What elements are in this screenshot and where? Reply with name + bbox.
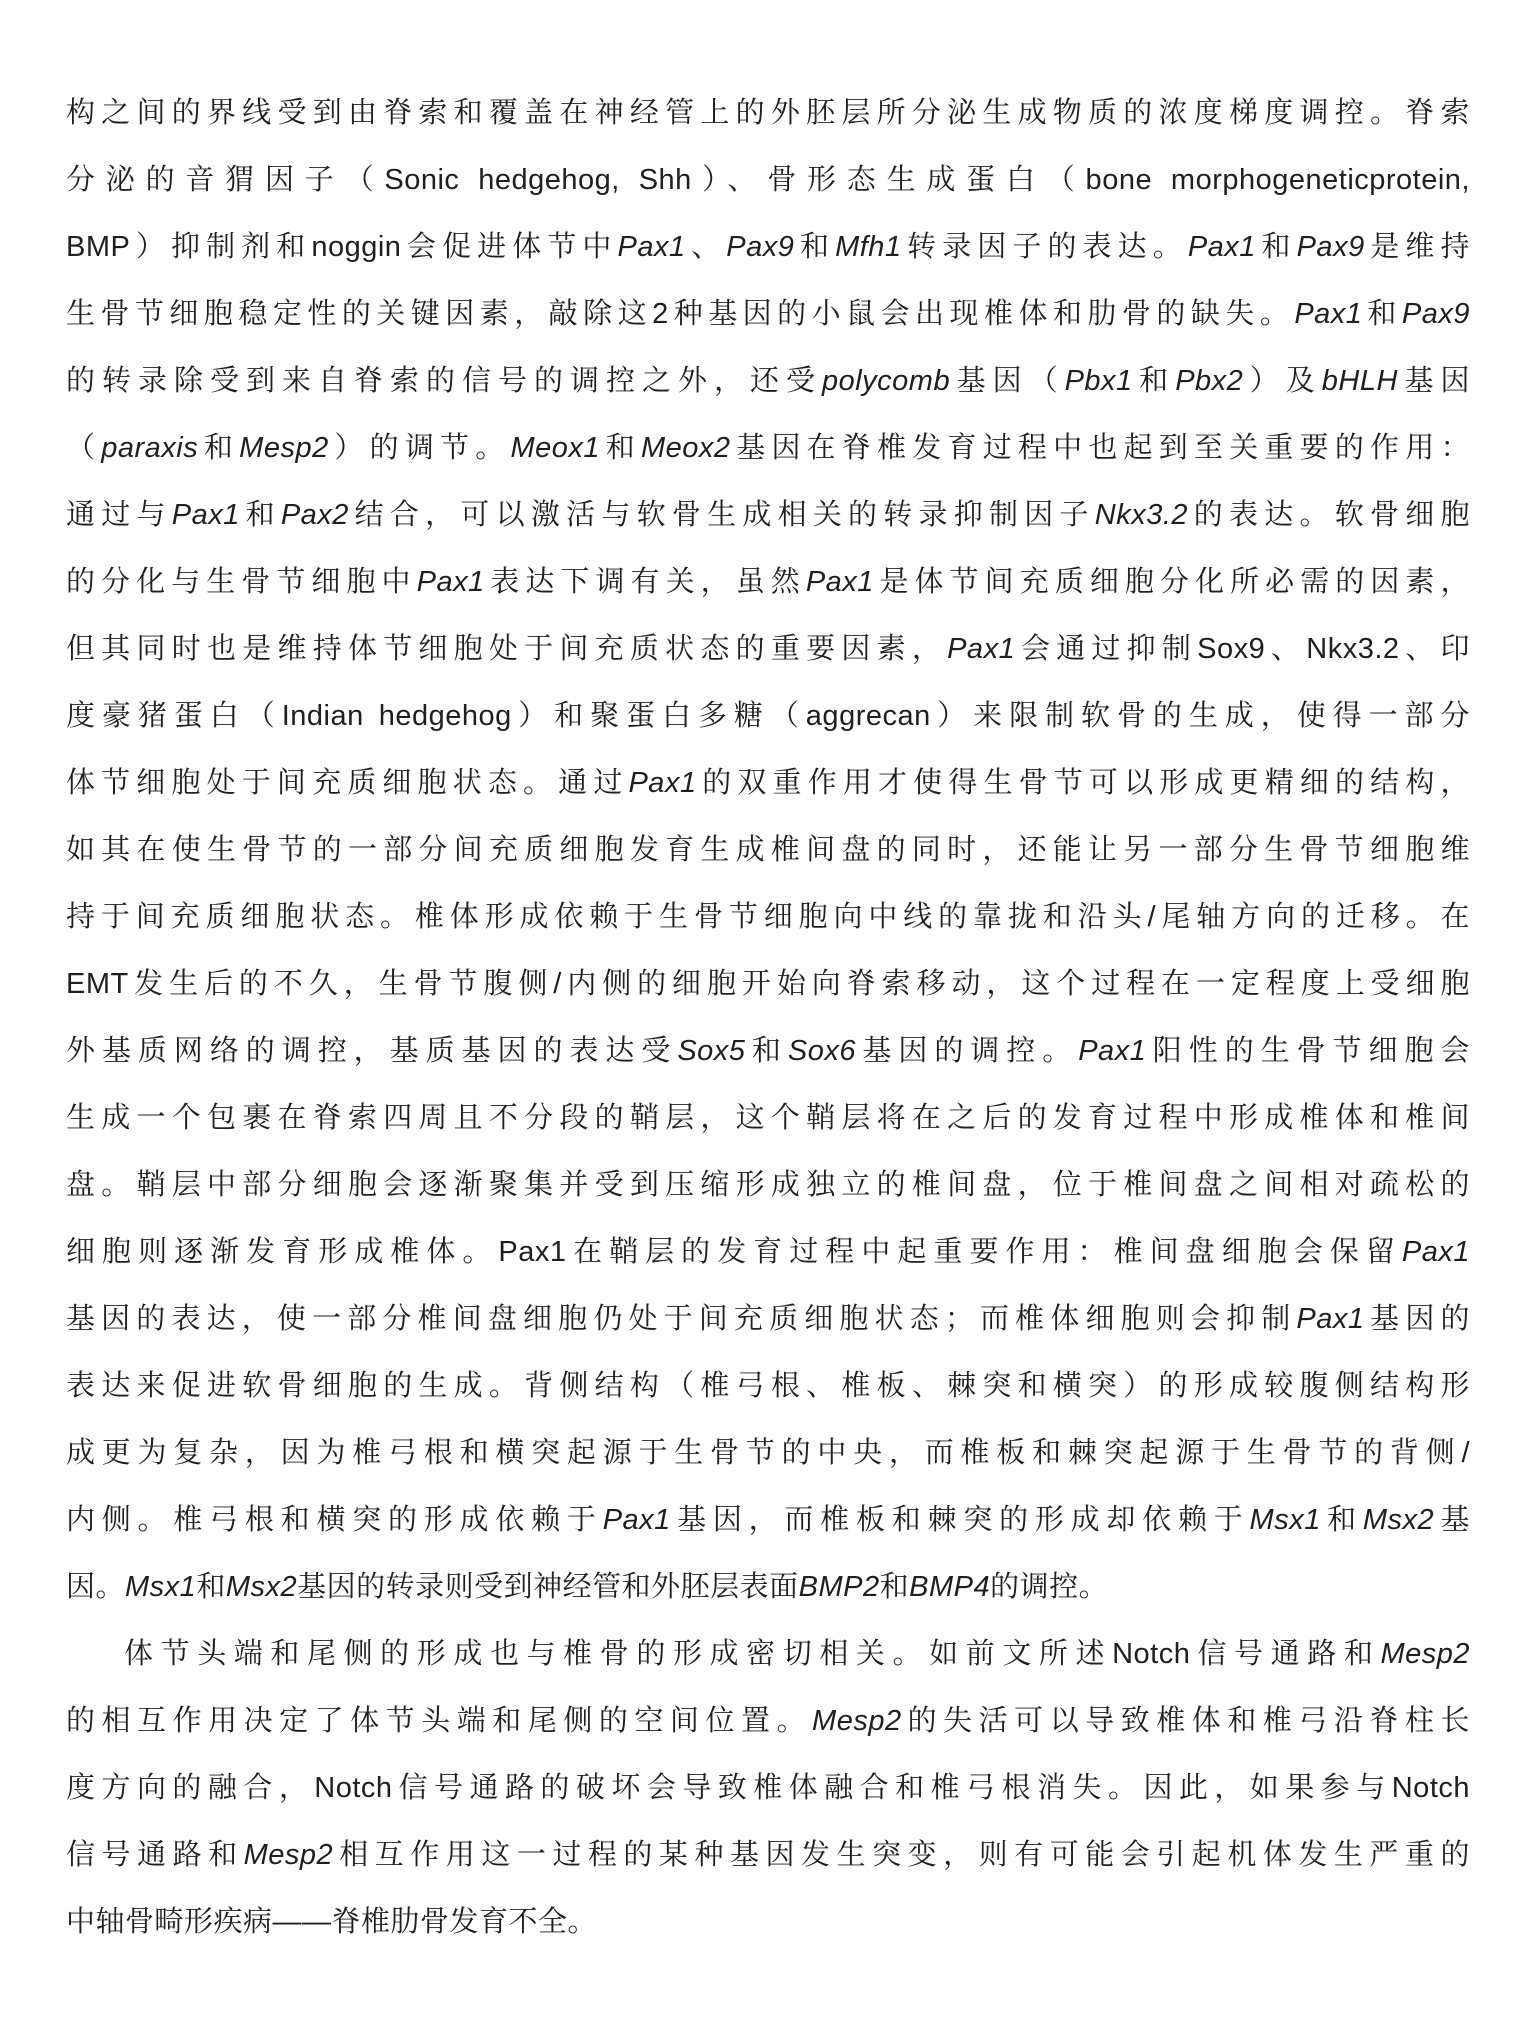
text-segment: 和 bbox=[1256, 231, 1297, 263]
text-line: （paraxis和Mesp2）的调节。Meox1和Meox2基因在脊椎发育过程中… bbox=[66, 415, 1470, 482]
text-segment: 和 bbox=[1362, 298, 1401, 330]
gene-name: Mesp2 bbox=[244, 1839, 334, 1871]
gene-name: Pax1 bbox=[417, 566, 485, 598]
gene-name: Pax9 bbox=[1402, 298, 1470, 330]
text-line: 度豪猪蛋白（Indian hedgehog）和聚蛋白多糖（aggrecan）来限… bbox=[66, 683, 1470, 750]
text-segment: 和 bbox=[1321, 1504, 1363, 1536]
text-line: BMP）抑制剂和noggin会促进体节中Pax1、Pax9和Mfh1转录因子的表… bbox=[66, 214, 1470, 281]
gene-name: Msx2 bbox=[1363, 1504, 1434, 1536]
text-segment: 、 bbox=[686, 231, 727, 263]
gene-name: Sox5 bbox=[677, 1035, 745, 1067]
text-segment: 体节细胞处于间充质细胞状态。通过 bbox=[66, 767, 628, 799]
text-segment: 分泌的音猬因子（Sonic hedgehog, Shh）、骨形态生成蛋白（bon… bbox=[66, 164, 1470, 196]
text-line: 表达来促进软骨细胞的生成。背侧结构（椎弓根、椎板、棘突和横突）的形成较腹侧结构形 bbox=[66, 1353, 1470, 1420]
text-segment: 相互作用这一过程的某种基因发生突变，则有可能会引起机体发生严重的 bbox=[333, 1839, 1470, 1871]
text-segment: 是体节间充质细胞分化所必需的因素， bbox=[874, 566, 1470, 598]
text-segment: 基因在脊椎发育过程中也起到至关重要的作用： bbox=[731, 432, 1470, 464]
text-segment: 的表达。软骨细胞 bbox=[1188, 499, 1470, 531]
text-segment: 的相互作用决定了体节头端和尾侧的空间位置。 bbox=[66, 1705, 812, 1737]
text-line: 度方向的融合，Notch信号通路的破坏会导致椎体融合和椎弓根消失。因此，如果参与… bbox=[66, 1755, 1470, 1822]
text-segment: 内侧。椎弓根和横突的形成依赖于 bbox=[66, 1504, 603, 1536]
text-segment: 和 bbox=[1133, 365, 1176, 397]
text-segment: 信号通路和 bbox=[66, 1839, 244, 1871]
gene-name: Pax1 bbox=[1294, 298, 1362, 330]
paragraph-2: 体节头端和尾侧的形成也与椎骨的形成密切相关。如前文所述Notch信号通路和Mes… bbox=[66, 1621, 1470, 1956]
text-line: 的转录除受到来自脊索的信号的调控之外，还受polycomb基因（Pbx1和Pbx… bbox=[66, 348, 1470, 415]
text-line: 基因的表达，使一部分椎间盘细胞仍处于间充质细胞状态；而椎体细胞则会抑制Pax1基… bbox=[66, 1286, 1470, 1353]
text-line: 通过与Pax1和Pax2结合，可以激活与软骨生成相关的转录抑制因子Nkx3.2的… bbox=[66, 482, 1470, 549]
text-segment: 基因，而椎板和棘突的形成却依赖于 bbox=[671, 1504, 1250, 1536]
gene-name: Pax1 bbox=[1296, 1303, 1364, 1335]
paragraph-1: 构之间的界线受到由脊索和覆盖在神经管上的外胚层所分泌生成物质的浓度梯度调控。脊索… bbox=[66, 80, 1470, 1621]
text-segment: 基因的转录则受到神经管和外胚层表面 bbox=[297, 1571, 799, 1603]
text-segment: 体节头端和尾侧的形成也与椎骨的形成密切相关。如前文所述Notch信号通路和 bbox=[124, 1638, 1380, 1670]
text-line: 的相互作用决定了体节头端和尾侧的空间位置。Mesp2的失活可以导致椎体和椎弓沿脊… bbox=[66, 1688, 1470, 1755]
text-segment: 和 bbox=[600, 432, 641, 464]
gene-name: Pax9 bbox=[1297, 231, 1365, 263]
gene-name: Mesp2 bbox=[1380, 1638, 1470, 1670]
text-segment: 细胞则逐渐发育形成椎体。Pax1在鞘层的发育过程中起重要作用：椎间盘细胞会保留 bbox=[66, 1236, 1402, 1268]
text-segment: 成更为复杂，因为椎弓根和横突起源于生骨节的中央，而椎板和棘突起源于生骨节的背侧/ bbox=[66, 1437, 1470, 1469]
text-segment: 表达来促进软骨细胞的生成。背侧结构（椎弓根、椎板、棘突和横突）的形成较腹侧结构形 bbox=[66, 1370, 1470, 1402]
text-segment: 基因的表达，使一部分椎间盘细胞仍处于间充质细胞状态；而椎体细胞则会抑制 bbox=[66, 1303, 1296, 1335]
text-segment: 基因（ bbox=[950, 365, 1065, 397]
gene-name: Msx1 bbox=[1250, 1504, 1321, 1536]
text-segment: 因。 bbox=[66, 1571, 125, 1603]
gene-name: Pax2 bbox=[281, 499, 349, 531]
text-segment: 基因的 bbox=[1365, 1303, 1470, 1335]
text-segment: 如其在使生骨节的一部分间充质细胞发育生成椎间盘的同时，还能让另一部分生骨节细胞维 bbox=[66, 834, 1470, 866]
gene-name: Msx1 bbox=[125, 1571, 196, 1603]
gene-name: BMP4 bbox=[909, 1571, 990, 1603]
gene-name: Pax1 bbox=[1188, 231, 1256, 263]
text-segment: 生骨节细胞稳定性的关键因素，敲除这2种基因的小鼠会出现椎体和肋骨的缺失。 bbox=[66, 298, 1294, 330]
gene-name: Pax1 bbox=[1402, 1236, 1470, 1268]
text-segment: 的双重作用才使得生骨节可以形成更精细的结构， bbox=[697, 767, 1470, 799]
text-segment: 度豪猪蛋白（Indian hedgehog）和聚蛋白多糖（aggrecan）来限… bbox=[66, 700, 1470, 732]
gene-name: paraxis bbox=[101, 432, 198, 464]
text-line: 因。Msx1和Msx2基因的转录则受到神经管和外胚层表面BMP2和BMP4的调控… bbox=[66, 1554, 1470, 1621]
text-segment: 表达下调有关，虽然 bbox=[485, 566, 806, 598]
text-segment: 基因的调控。 bbox=[856, 1035, 1078, 1067]
text-line: 成更为复杂，因为椎弓根和横突起源于生骨节的中央，而椎板和棘突起源于生骨节的背侧/ bbox=[66, 1420, 1470, 1487]
gene-name: Nkx3.2 bbox=[1095, 499, 1188, 531]
text-line: 生成一个包裹在脊索四周且不分段的鞘层，这个鞘层将在之后的发育过程中形成椎体和椎间 bbox=[66, 1085, 1470, 1152]
text-segment: 外基质网络的调控，基质基因的表达受 bbox=[66, 1035, 677, 1067]
text-segment: 会通过抑制Sox9、Nkx3.2、印 bbox=[1015, 633, 1470, 665]
gene-name: polycomb bbox=[822, 365, 950, 397]
text-line: 中轴骨畸形疾病——脊椎肋骨发育不全。 bbox=[66, 1889, 1470, 1956]
document-page: 构之间的界线受到由脊索和覆盖在神经管上的外胚层所分泌生成物质的浓度梯度调控。脊索… bbox=[0, 0, 1536, 2019]
gene-name: Meox1 bbox=[510, 432, 600, 464]
text-line: 生骨节细胞稳定性的关键因素，敲除这2种基因的小鼠会出现椎体和肋骨的缺失。Pax1… bbox=[66, 281, 1470, 348]
text-line: 信号通路和Mesp2相互作用这一过程的某种基因发生突变，则有可能会引起机体发生严… bbox=[66, 1822, 1470, 1889]
text-segment: 阳性的生骨节细胞会 bbox=[1146, 1035, 1470, 1067]
text-segment: 的失活可以导致椎体和椎弓沿脊柱长 bbox=[902, 1705, 1470, 1737]
gene-name: Pax1 bbox=[172, 499, 240, 531]
text-segment: 和 bbox=[794, 231, 835, 263]
text-line: 盘。鞘层中部分细胞会逐渐聚集并受到压缩形成独立的椎间盘，位于椎间盘之间相对疏松的 bbox=[66, 1152, 1470, 1219]
gene-name: Mesp2 bbox=[239, 432, 329, 464]
text-segment: 生成一个包裹在脊索四周且不分段的鞘层，这个鞘层将在之后的发育过程中形成椎体和椎间 bbox=[66, 1102, 1470, 1134]
text-segment: 基因 bbox=[1398, 365, 1470, 397]
text-line: 体节头端和尾侧的形成也与椎骨的形成密切相关。如前文所述Notch信号通路和Mes… bbox=[66, 1621, 1470, 1688]
gene-name: Sox6 bbox=[788, 1035, 856, 1067]
gene-name: Pax1 bbox=[947, 633, 1015, 665]
text-segment: 和 bbox=[745, 1035, 787, 1067]
text-segment: 和 bbox=[880, 1571, 910, 1603]
gene-name: Mfh1 bbox=[835, 231, 901, 263]
text-block: 构之间的界线受到由脊索和覆盖在神经管上的外胚层所分泌生成物质的浓度梯度调控。脊索… bbox=[66, 80, 1470, 1956]
gene-name: Pax9 bbox=[726, 231, 794, 263]
gene-name: bHLH bbox=[1322, 365, 1398, 397]
gene-name: Pax1 bbox=[618, 231, 686, 263]
text-line: 体节细胞处于间充质细胞状态。通过Pax1的双重作用才使得生骨节可以形成更精细的结… bbox=[66, 750, 1470, 817]
text-segment: ）的调节。 bbox=[329, 432, 511, 464]
text-segment: 结合，可以激活与软骨生成相关的转录抑制因子 bbox=[349, 499, 1095, 531]
text-segment: ）及 bbox=[1243, 365, 1322, 397]
text-segment: 的调控。 bbox=[990, 1571, 1108, 1603]
text-line: EMT发生后的不久，生骨节腹侧/内侧的细胞开始向脊索移动，这个过程在一定程度上受… bbox=[66, 951, 1470, 1018]
text-segment: 盘。鞘层中部分细胞会逐渐聚集并受到压缩形成独立的椎间盘，位于椎间盘之间相对疏松的 bbox=[66, 1169, 1470, 1201]
text-segment: BMP）抑制剂和noggin会促进体节中 bbox=[66, 231, 618, 263]
text-segment: 构之间的界线受到由脊索和覆盖在神经管上的外胚层所分泌生成物质的浓度梯度调控。脊索 bbox=[66, 97, 1470, 129]
gene-name: Meox2 bbox=[641, 432, 731, 464]
gene-name: Msx2 bbox=[226, 1571, 297, 1603]
text-segment: 通过与 bbox=[66, 499, 172, 531]
text-line: 如其在使生骨节的一部分间充质细胞发育生成椎间盘的同时，还能让另一部分生骨节细胞维 bbox=[66, 817, 1470, 884]
gene-name: Pbx1 bbox=[1065, 365, 1133, 397]
text-line: 持于间充质细胞状态。椎体形成依赖于生骨节细胞向中线的靠拢和沿头/尾轴方向的迁移。… bbox=[66, 884, 1470, 951]
text-segment: 度方向的融合，Notch信号通路的破坏会导致椎体融合和椎弓根消失。因此，如果参与… bbox=[66, 1772, 1470, 1804]
text-segment: 但其同时也是维持体节细胞处于间充质状态的重要因素， bbox=[66, 633, 947, 665]
text-line: 外基质网络的调控，基质基因的表达受Sox5和Sox6基因的调控。Pax1阳性的生… bbox=[66, 1018, 1470, 1085]
gene-name: Pax1 bbox=[628, 767, 696, 799]
text-segment: 基 bbox=[1434, 1504, 1470, 1536]
gene-name: Mesp2 bbox=[812, 1705, 902, 1737]
text-segment: 和 bbox=[198, 432, 239, 464]
text-line: 构之间的界线受到由脊索和覆盖在神经管上的外胚层所分泌生成物质的浓度梯度调控。脊索 bbox=[66, 80, 1470, 147]
text-line: 的分化与生骨节细胞中Pax1表达下调有关，虽然Pax1是体节间充质细胞分化所必需… bbox=[66, 549, 1470, 616]
text-segment: 持于间充质细胞状态。椎体形成依赖于生骨节细胞向中线的靠拢和沿头/尾轴方向的迁移。… bbox=[66, 901, 1470, 933]
gene-name: BMP2 bbox=[799, 1571, 880, 1603]
text-segment: 转录因子的表达。 bbox=[902, 231, 1188, 263]
text-segment: 的分化与生骨节细胞中 bbox=[66, 566, 417, 598]
text-line: 但其同时也是维持体节细胞处于间充质状态的重要因素，Pax1会通过抑制Sox9、N… bbox=[66, 616, 1470, 683]
text-segment: 和 bbox=[240, 499, 281, 531]
gene-name: Pax1 bbox=[1078, 1035, 1146, 1067]
text-segment: 的转录除受到来自脊索的信号的调控之外，还受 bbox=[66, 365, 822, 397]
gene-name: Pax1 bbox=[806, 566, 874, 598]
text-line: 分泌的音猬因子（Sonic hedgehog, Shh）、骨形态生成蛋白（bon… bbox=[66, 147, 1470, 214]
text-line: 细胞则逐渐发育形成椎体。Pax1在鞘层的发育过程中起重要作用：椎间盘细胞会保留P… bbox=[66, 1219, 1470, 1286]
text-line: 内侧。椎弓根和横突的形成依赖于Pax1基因，而椎板和棘突的形成却依赖于Msx1和… bbox=[66, 1487, 1470, 1554]
gene-name: Pax1 bbox=[603, 1504, 671, 1536]
text-segment: EMT发生后的不久，生骨节腹侧/内侧的细胞开始向脊索移动，这个过程在一定程度上受… bbox=[66, 968, 1470, 1000]
text-segment: （ bbox=[66, 432, 101, 464]
text-segment: 中轴骨畸形疾病——脊椎肋骨发育不全。 bbox=[66, 1906, 597, 1938]
gene-name: Pbx2 bbox=[1175, 365, 1243, 397]
text-segment: 是维持 bbox=[1365, 231, 1470, 263]
text-segment: 和 bbox=[196, 1571, 226, 1603]
